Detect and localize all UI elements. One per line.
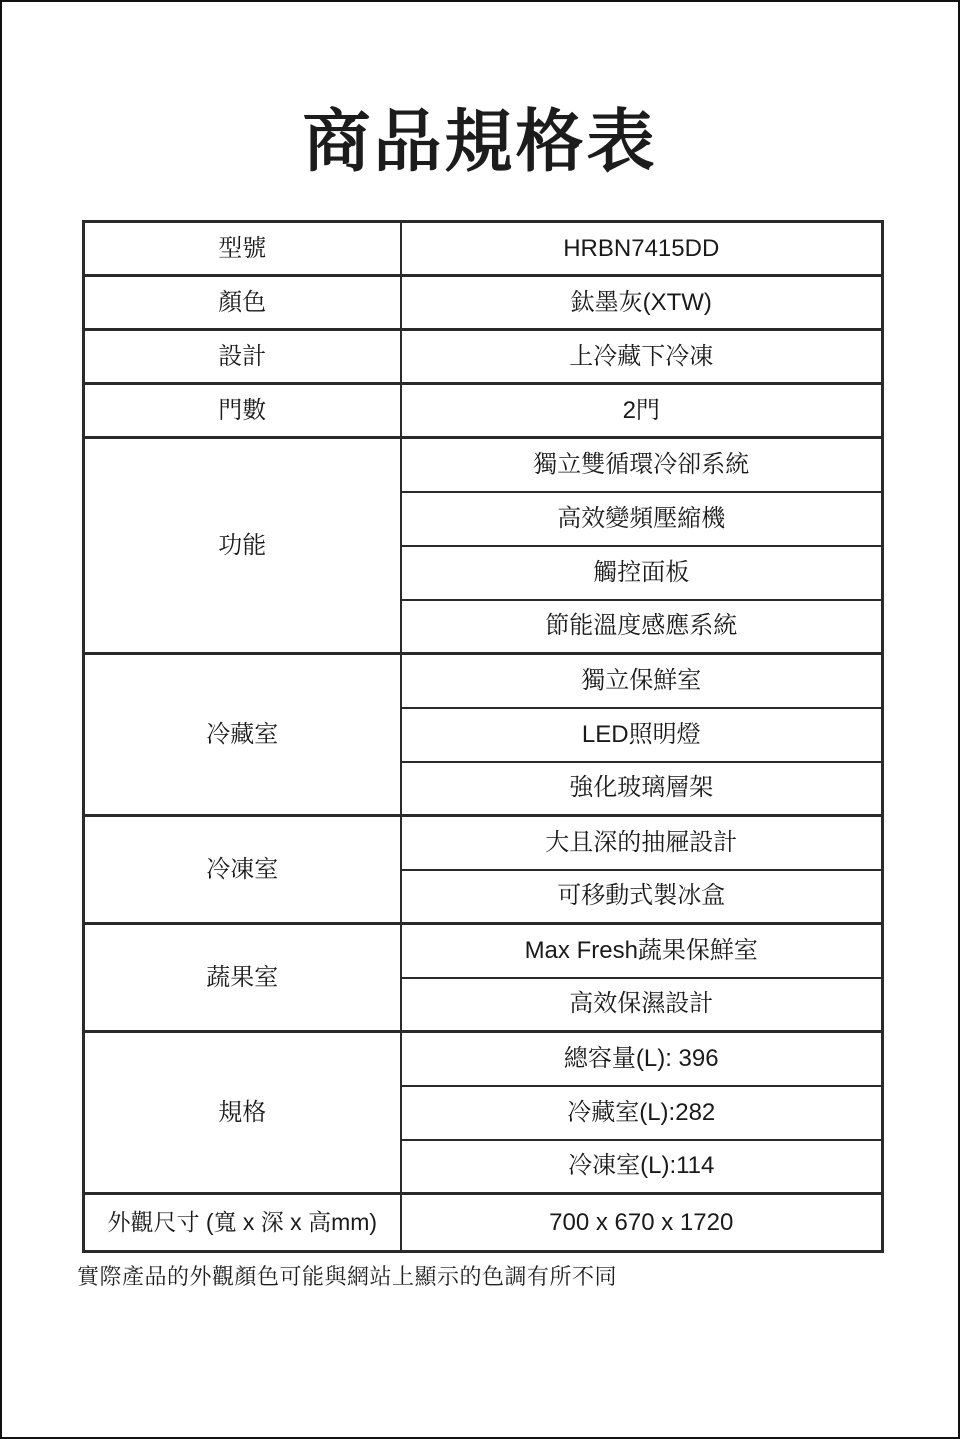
spec-value-capacity-total: 總容量(L): 396 bbox=[401, 1032, 883, 1086]
spec-value-fridge-1: 獨立保鮮室 bbox=[401, 654, 883, 708]
spec-label-crisper: 蔬果室 bbox=[84, 924, 401, 1032]
spec-row-freezer: 冷凍室 大且深的抽屜設計 bbox=[84, 816, 883, 870]
spec-value-freezer-2: 可移動式製冰盒 bbox=[401, 870, 883, 924]
spec-value-fridge-2: LED照明燈 bbox=[401, 708, 883, 762]
spec-sheet-page: 商品規格表 型號 HRBN7415DD 顏色 鈦墨灰(XTW) 設計 上冷藏下冷… bbox=[0, 0, 960, 1439]
page-title: 商品規格表 bbox=[2, 108, 958, 176]
spec-label-doors: 門數 bbox=[84, 384, 401, 438]
spec-value-dimensions: 700 x 670 x 1720 bbox=[401, 1194, 883, 1252]
spec-value-capacity-fridge: 冷藏室(L):282 bbox=[401, 1086, 883, 1140]
spec-row-fridge: 冷藏室 獨立保鮮室 bbox=[84, 654, 883, 708]
spec-value-freezer-1: 大且深的抽屜設計 bbox=[401, 816, 883, 870]
spec-row-functions: 功能 獨立雙循環冷卻系統 bbox=[84, 438, 883, 492]
spec-value-function-4: 節能溫度感應系統 bbox=[401, 600, 883, 654]
spec-value-color: 鈦墨灰(XTW) bbox=[401, 276, 883, 330]
spec-value-function-3: 觸控面板 bbox=[401, 546, 883, 600]
spec-label-freezer: 冷凍室 bbox=[84, 816, 401, 924]
spec-table: 型號 HRBN7415DD 顏色 鈦墨灰(XTW) 設計 上冷藏下冷凍 門數 2… bbox=[82, 220, 884, 1253]
spec-value-crisper-1: Max Fresh蔬果保鮮室 bbox=[401, 924, 883, 978]
spec-label-dimensions: 外觀尺寸 (寬 x 深 x 高mm) bbox=[84, 1194, 401, 1252]
spec-value-model: HRBN7415DD bbox=[401, 222, 883, 276]
spec-value-function-1: 獨立雙循環冷卻系統 bbox=[401, 438, 883, 492]
spec-row-dimensions: 外觀尺寸 (寬 x 深 x 高mm) 700 x 670 x 1720 bbox=[84, 1194, 883, 1252]
spec-row-design: 設計 上冷藏下冷凍 bbox=[84, 330, 883, 384]
spec-row-color: 顏色 鈦墨灰(XTW) bbox=[84, 276, 883, 330]
spec-label-color: 顏色 bbox=[84, 276, 401, 330]
spec-label-fridge: 冷藏室 bbox=[84, 654, 401, 816]
spec-value-crisper-2: 高效保濕設計 bbox=[401, 978, 883, 1032]
spec-label-functions: 功能 bbox=[84, 438, 401, 654]
color-disclaimer-note: 實際產品的外觀顏色可能與網站上顯示的色調有所不同 bbox=[77, 1260, 617, 1291]
spec-label-model: 型號 bbox=[84, 222, 401, 276]
spec-row-model: 型號 HRBN7415DD bbox=[84, 222, 883, 276]
spec-row-capacity: 規格 總容量(L): 396 bbox=[84, 1032, 883, 1086]
spec-value-doors: 2門 bbox=[401, 384, 883, 438]
spec-label-capacity: 規格 bbox=[84, 1032, 401, 1194]
spec-label-design: 設計 bbox=[84, 330, 401, 384]
spec-value-capacity-freezer: 冷凍室(L):114 bbox=[401, 1140, 883, 1194]
spec-value-fridge-3: 強化玻璃層架 bbox=[401, 762, 883, 816]
spec-value-function-2: 高效變頻壓縮機 bbox=[401, 492, 883, 546]
spec-row-crisper: 蔬果室 Max Fresh蔬果保鮮室 bbox=[84, 924, 883, 978]
spec-row-doors: 門數 2門 bbox=[84, 384, 883, 438]
spec-value-design: 上冷藏下冷凍 bbox=[401, 330, 883, 384]
